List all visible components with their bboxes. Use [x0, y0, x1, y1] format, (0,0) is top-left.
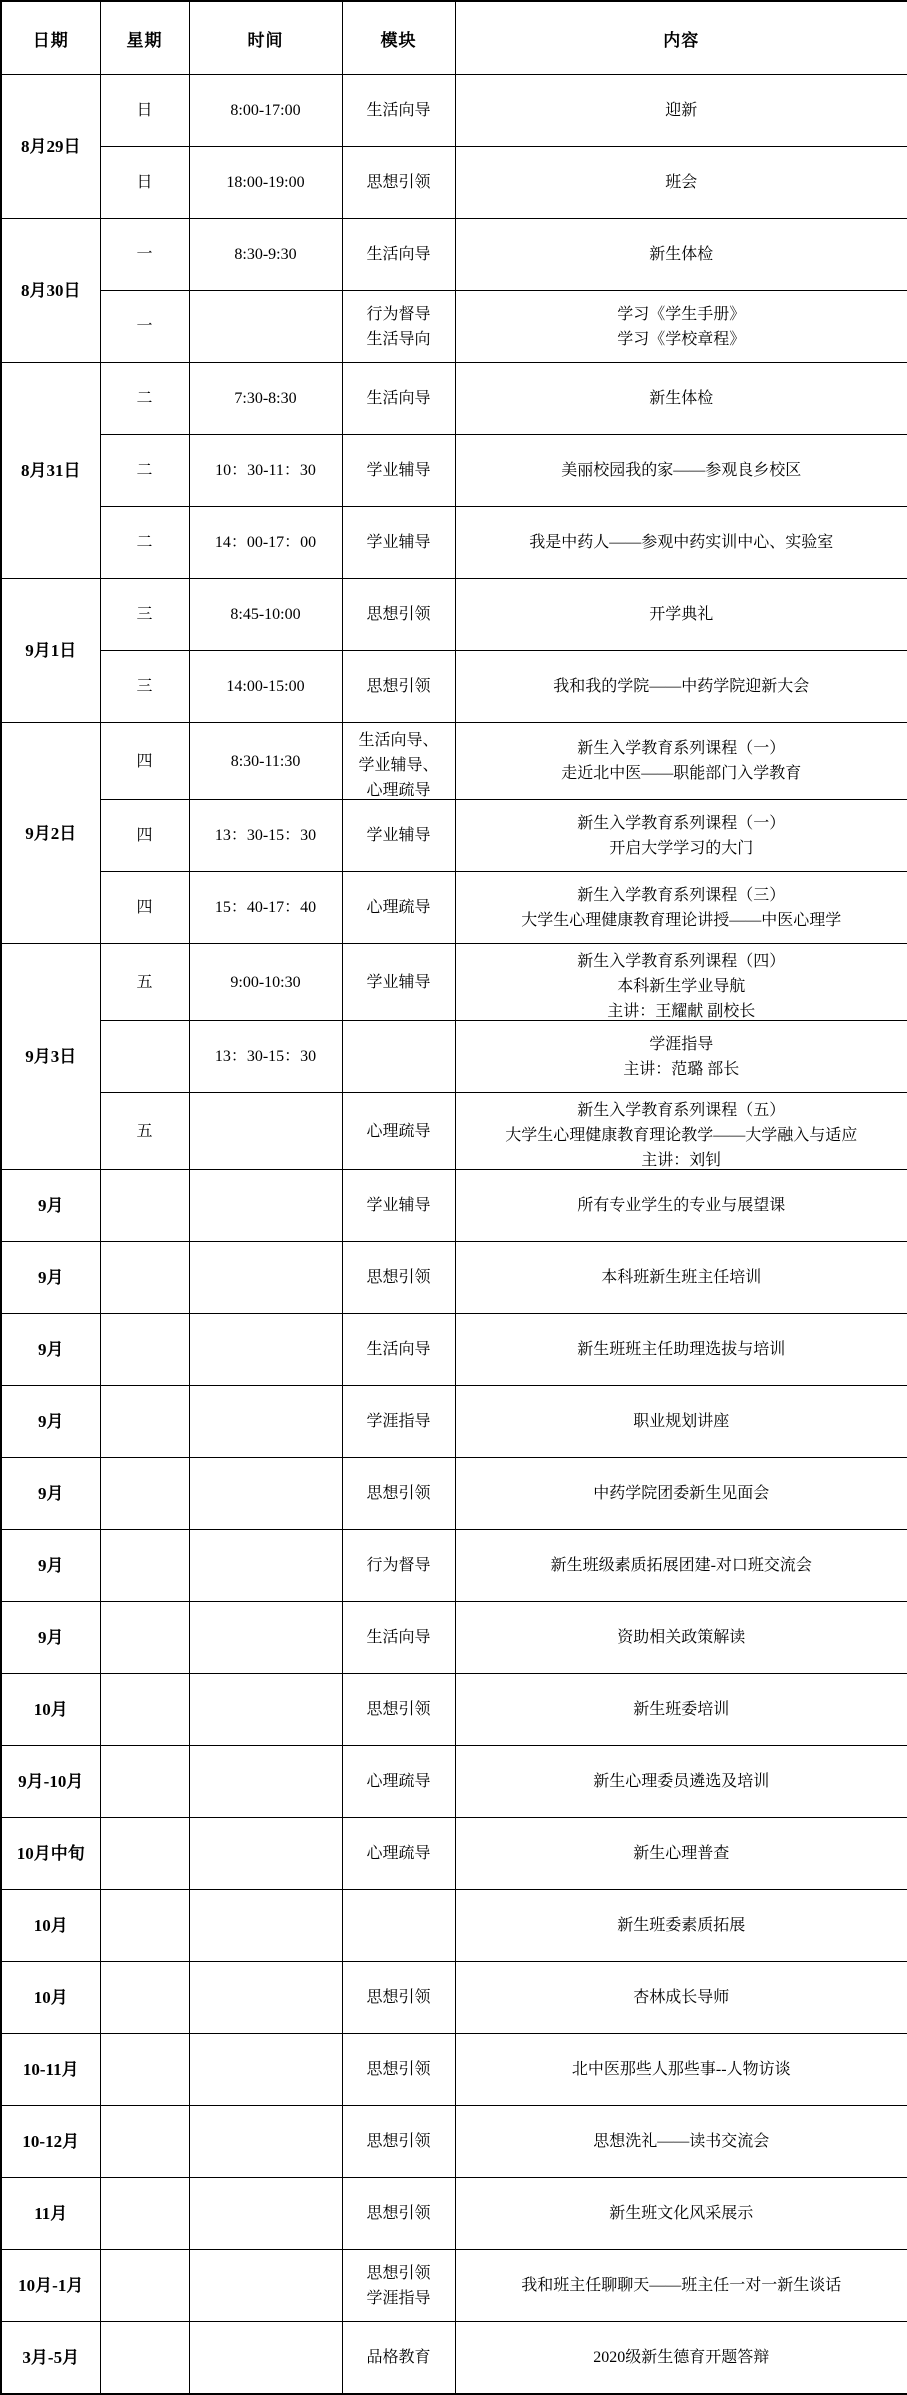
time-cell	[189, 1602, 342, 1674]
content-cell-text: 学涯指导主讲：范璐 部长	[456, 1021, 907, 1092]
content-cell-text-line: 中药学院团委新生见面会	[593, 1481, 769, 1506]
content-cell: 我是中药人——参观中药实训中心、实验室	[455, 507, 907, 579]
module-cell-text-line: 生活向导、	[358, 728, 438, 753]
module-cell: 思想引领	[342, 579, 455, 651]
content-cell-text: 我和班主任聊聊天——班主任一对一新生谈话	[456, 2250, 907, 2321]
content-cell-text-line: 本科新生学业导航	[617, 974, 745, 999]
weekday-cell-text: 一	[101, 291, 189, 362]
weekday-cell-text-line: 四	[136, 895, 152, 920]
table-row: 五心理疏导新生入学教育系列课程（五）大学生心理健康教育理论教学——大学融入与适应…	[1, 1093, 907, 1170]
module-cell-text: 学业辅导	[343, 507, 455, 578]
date-text: 8月29日	[2, 76, 100, 218]
weekday-cell	[100, 1602, 189, 1674]
time-cell-text: 8:30-9:30	[190, 219, 342, 290]
module-cell-text: 品格教育	[343, 2322, 455, 2393]
table-row: 四15：40-17：40心理疏导新生入学教育系列课程（三）大学生心理健康教育理论…	[1, 872, 907, 944]
module-cell-text-line: 思想引领	[366, 602, 430, 627]
module-cell-text-line: 生活向导	[366, 386, 430, 411]
module-cell-text: 思想引领	[343, 651, 455, 722]
content-cell-text: 中药学院团委新生见面会	[456, 1458, 907, 1529]
date-text-line: 9月2日	[25, 821, 76, 846]
module-cell: 生活向导	[342, 363, 455, 435]
date-cell: 9月	[1, 1314, 100, 1386]
module-cell-text-line: 学涯指导	[366, 1409, 430, 1434]
content-cell: 新生班委培训	[455, 1674, 907, 1746]
weekday-cell: 一	[100, 291, 189, 363]
weekday-cell-text: 五	[101, 947, 189, 1018]
date-text-line: 9月	[38, 1265, 64, 1290]
module-cell-text-line: 学业辅导	[366, 823, 430, 848]
date-text: 9月	[2, 1170, 100, 1241]
content-cell-text: 资助相关政策解读	[456, 1602, 907, 1673]
date-text-line: 10-12月	[22, 2129, 79, 2154]
date-text: 9月	[2, 1242, 100, 1313]
module-cell-text-line: 学业辅导、	[358, 753, 438, 778]
module-cell: 思想引领	[342, 651, 455, 723]
time-cell	[189, 291, 342, 363]
weekday-cell-text: 日	[101, 75, 189, 146]
weekday-cell-text: 三	[101, 579, 189, 650]
weekday-cell	[100, 1530, 189, 1602]
date-text: 10月-1月	[2, 2250, 100, 2321]
time-cell	[189, 1093, 342, 1170]
date-cell: 10月-1月	[1, 2250, 100, 2322]
date-cell: 3月-5月	[1, 2322, 100, 2395]
time-cell	[189, 2322, 342, 2395]
weekday-cell-text	[101, 2034, 189, 2105]
table-row: 10月新生班委素质拓展	[1, 1890, 907, 1962]
weekday-cell: 二	[100, 435, 189, 507]
content-cell-text: 新生班委素质拓展	[456, 1890, 907, 1961]
date-cell: 9月	[1, 1602, 100, 1674]
date-text: 8月31日	[2, 364, 100, 577]
content-cell-text-line: 新生体检	[649, 242, 713, 267]
table-row: 10-12月思想引领思想洗礼——读书交流会	[1, 2106, 907, 2178]
weekday-cell-text	[101, 1530, 189, 1601]
module-cell-text-line: 思想引领	[366, 2261, 430, 2286]
module-cell: 生活向导	[342, 75, 455, 147]
time-cell-text	[190, 2322, 342, 2393]
weekday-cell-text	[101, 1962, 189, 2033]
weekday-cell	[100, 1314, 189, 1386]
weekday-cell-text-line: 五	[136, 1119, 152, 1144]
date-cell: 8月31日	[1, 363, 100, 579]
weekday-cell	[100, 1386, 189, 1458]
time-cell: 14:00-15:00	[189, 651, 342, 723]
time-cell-text: 9:00-10:30	[190, 947, 342, 1018]
weekday-cell-text-line: 五	[136, 970, 152, 995]
time-cell	[189, 1746, 342, 1818]
content-cell: 迎新	[455, 75, 907, 147]
module-cell-text-line: 学业辅导	[366, 530, 430, 555]
content-cell-text-line: 走近北中医——职能部门入学教育	[561, 761, 801, 786]
module-cell: 思想引领	[342, 1242, 455, 1314]
time-cell	[189, 1242, 342, 1314]
header-content: 内容	[455, 1, 907, 75]
module-cell-text-line: 生活向导	[366, 1337, 430, 1362]
weekday-cell-text-line: 日	[136, 98, 152, 123]
date-text-line: 9月	[38, 1625, 64, 1650]
weekday-cell-text: 四	[101, 872, 189, 943]
content-cell: 新生入学教育系列课程（一）开启大学学习的大门	[455, 800, 907, 872]
weekday-cell	[100, 2178, 189, 2250]
date-text-line: 10月中旬	[17, 1841, 85, 1866]
weekday-cell: 四	[100, 723, 189, 800]
content-cell: 新生入学教育系列课程（五）大学生心理健康教育理论教学——大学融入与适应主讲：刘钊	[455, 1093, 907, 1170]
time-cell	[189, 2178, 342, 2250]
weekday-cell: 二	[100, 363, 189, 435]
content-cell-text: 2020级新生德育开题答辩	[456, 2322, 907, 2393]
content-cell: 2020级新生德育开题答辩	[455, 2322, 907, 2395]
module-cell: 行为督导	[342, 1530, 455, 1602]
module-cell-text-line: 心理疏导	[366, 895, 430, 920]
content-cell-text-line: 大学生心理健康教育理论讲授——中医心理学	[521, 908, 841, 933]
module-cell-text-line: 思想引领	[366, 1697, 430, 1722]
content-cell-text-line: 新生入学教育系列课程（一）	[577, 811, 785, 836]
time-cell-text-line: 8:30-9:30	[234, 242, 296, 267]
content-cell: 新生体检	[455, 363, 907, 435]
table-row: 10月中旬心理疏导新生心理普查	[1, 1818, 907, 1890]
time-cell: 8:00-17:00	[189, 75, 342, 147]
content-cell: 新生心理普查	[455, 1818, 907, 1890]
content-cell: 新生班级素质拓展团建-对口班交流会	[455, 1530, 907, 1602]
module-cell-text-line: 思想引领	[366, 1265, 430, 1290]
content-cell-text-line: 新生班委培训	[633, 1697, 729, 1722]
module-cell-text: 思想引领	[343, 579, 455, 650]
content-cell-text-line: 学习《学校章程》	[617, 327, 745, 352]
weekday-cell	[100, 1170, 189, 1242]
module-cell: 思想引领	[342, 147, 455, 219]
header-weekday: 星期	[100, 1, 189, 75]
weekday-cell	[100, 1890, 189, 1962]
table-row: 9月学业辅导所有专业学生的专业与展望课	[1, 1170, 907, 1242]
module-cell-text: 心理疏导	[343, 1818, 455, 1889]
content-cell: 开学典礼	[455, 579, 907, 651]
content-cell-text-line: 新生班文化风采展示	[609, 2201, 753, 2226]
date-text-line: 9月	[38, 1409, 64, 1434]
content-cell-text-line: 新生入学教育系列课程（五）	[577, 1098, 785, 1123]
content-cell: 新生入学教育系列课程（四）本科新生学业导航主讲：王耀献 副校长	[455, 944, 907, 1021]
table-row: 9月行为督导新生班级素质拓展团建-对口班交流会	[1, 1530, 907, 1602]
time-cell-text: 15：40-17：40	[190, 872, 342, 943]
date-text: 9月	[2, 1314, 100, 1385]
date-cell: 9月2日	[1, 723, 100, 944]
module-cell-text-line: 学业辅导	[366, 458, 430, 483]
content-cell-text-line: 杏林成长导师	[633, 1985, 729, 2010]
content-cell-text-line: 新生入学教育系列课程（四）	[577, 949, 785, 974]
content-cell-text: 美丽校园我的家——参观良乡校区	[456, 435, 907, 506]
content-cell-text: 新生入学教育系列课程（五）大学生心理健康教育理论教学——大学融入与适应主讲：刘钊	[456, 1093, 907, 1169]
date-cell: 9月1日	[1, 579, 100, 723]
module-cell: 生活向导	[342, 1602, 455, 1674]
date-text-line: 9月	[38, 1193, 64, 1218]
weekday-cell-text	[101, 1674, 189, 1745]
time-cell: 8:30-9:30	[189, 219, 342, 291]
module-cell: 生活向导	[342, 1314, 455, 1386]
schedule-body: 8月29日日8:00-17:00生活向导迎新日18:00-19:00思想引领班会…	[1, 75, 907, 2395]
module-cell-text: 思想引领	[343, 147, 455, 218]
content-cell-text: 思想洗礼——读书交流会	[456, 2106, 907, 2177]
weekday-cell-text	[101, 1021, 189, 1092]
weekday-cell-text: 四	[101, 800, 189, 871]
content-cell: 北中医那些人那些事--人物访谈	[455, 2034, 907, 2106]
module-cell-text: 思想引领	[343, 1674, 455, 1745]
content-cell-text-line: 所有专业学生的专业与展望课	[577, 1193, 785, 1218]
module-cell: 思想引领学涯指导	[342, 2250, 455, 2322]
time-cell-text	[190, 2106, 342, 2177]
weekday-cell: 二	[100, 507, 189, 579]
date-cell: 9月	[1, 1242, 100, 1314]
time-cell	[189, 2250, 342, 2322]
content-cell-text-line: 学涯指导	[649, 1032, 713, 1057]
table-row: 二14：00-17：00学业辅导我是中药人——参观中药实训中心、实验室	[1, 507, 907, 579]
module-cell: 思想引领	[342, 2178, 455, 2250]
weekday-cell-text-line: 日	[136, 170, 152, 195]
date-text-line: 9月3日	[25, 1044, 76, 1069]
weekday-cell-text	[101, 1890, 189, 1961]
module-cell: 学业辅导	[342, 800, 455, 872]
weekday-cell	[100, 1962, 189, 2034]
module-cell-text: 生活向导	[343, 1602, 455, 1673]
time-cell: 8:30-11:30	[189, 723, 342, 800]
date-text: 10月	[2, 1890, 100, 1961]
table-row: 9月1日三8:45-10:00思想引领开学典礼	[1, 579, 907, 651]
time-cell-text	[190, 1458, 342, 1529]
module-cell: 心理疏导	[342, 1746, 455, 1818]
content-cell-text: 新生心理普查	[456, 1818, 907, 1889]
date-cell: 10-11月	[1, 2034, 100, 2106]
content-cell-text: 新生班班主任助理选拔与培训	[456, 1314, 907, 1385]
time-cell-text: 8:45-10:00	[190, 579, 342, 650]
module-cell: 思想引领	[342, 1458, 455, 1530]
time-cell	[189, 1458, 342, 1530]
date-cell: 10月	[1, 1674, 100, 1746]
weekday-cell: 日	[100, 75, 189, 147]
date-text: 9月	[2, 1458, 100, 1529]
date-text: 9月	[2, 1602, 100, 1673]
table-row: 8月30日一8:30-9:30生活向导新生体检	[1, 219, 907, 291]
weekday-cell	[100, 2106, 189, 2178]
time-cell: 13：30-15：30	[189, 800, 342, 872]
time-cell-text: 13：30-15：30	[190, 1021, 342, 1092]
time-cell-text-line: 18:00-19:00	[226, 170, 304, 195]
module-cell-text: 生活向导	[343, 1314, 455, 1385]
content-cell-text: 开学典礼	[456, 579, 907, 650]
date-cell: 10月	[1, 1890, 100, 1962]
content-cell-text-line: 职业规划讲座	[633, 1409, 729, 1434]
module-cell	[342, 1890, 455, 1962]
time-cell-text-line: 10：30-11：30	[215, 458, 316, 483]
weekday-cell: 三	[100, 651, 189, 723]
content-cell-text: 本科班新生班主任培训	[456, 1242, 907, 1313]
module-cell-text: 思想引领	[343, 2178, 455, 2249]
time-cell-text-line: 8:30-11:30	[231, 749, 301, 774]
table-row: 13：30-15：30学涯指导主讲：范璐 部长	[1, 1021, 907, 1093]
content-cell-text-line: 美丽校园我的家——参观良乡校区	[561, 458, 801, 483]
module-cell-text: 思想引领学涯指导	[343, 2250, 455, 2321]
weekday-cell: 五	[100, 944, 189, 1021]
module-cell-text-line: 生活向导	[366, 1625, 430, 1650]
weekday-cell	[100, 1242, 189, 1314]
time-cell-text: 18:00-19:00	[190, 147, 342, 218]
content-cell-text: 新生心理委员遴选及培训	[456, 1746, 907, 1817]
time-cell: 7:30-8:30	[189, 363, 342, 435]
weekday-cell	[100, 2034, 189, 2106]
content-cell-text-line: 新生班班主任助理选拔与培训	[577, 1337, 785, 1362]
table-row: 二10：30-11：30学业辅导美丽校园我的家——参观良乡校区	[1, 435, 907, 507]
time-cell-text-line: 8:00-17:00	[230, 98, 300, 123]
content-cell: 班会	[455, 147, 907, 219]
content-cell: 思想洗礼——读书交流会	[455, 2106, 907, 2178]
module-cell-text-line: 心理疏导	[366, 1119, 430, 1144]
time-cell-text	[190, 1890, 342, 1961]
time-cell-text-line: 8:45-10:00	[230, 602, 300, 627]
module-cell-text-line: 心理疏导	[366, 1841, 430, 1866]
content-cell-text-line: 迎新	[665, 98, 697, 123]
date-text-line: 10月	[34, 1697, 68, 1722]
module-cell-text: 学业辅导	[343, 800, 455, 871]
content-cell-text-line: 新生心理普查	[633, 1841, 729, 1866]
content-cell-text-line: 北中医那些人那些事--人物访谈	[572, 2057, 791, 2082]
time-cell	[189, 1314, 342, 1386]
module-cell-text: 思想引领	[343, 2106, 455, 2177]
date-text: 11月	[2, 2178, 100, 2249]
date-text-line: 9月1日	[25, 638, 76, 663]
weekday-cell-text: 四	[101, 726, 189, 797]
content-cell-text: 新生班级素质拓展团建-对口班交流会	[456, 1530, 907, 1601]
content-cell: 新生心理委员遴选及培训	[455, 1746, 907, 1818]
date-cell: 8月30日	[1, 219, 100, 363]
weekday-cell: 四	[100, 800, 189, 872]
module-cell: 学业辅导	[342, 435, 455, 507]
content-cell-text: 迎新	[456, 75, 907, 146]
time-cell: 14：00-17：00	[189, 507, 342, 579]
module-cell-text-line: 思想引领	[366, 170, 430, 195]
date-text-line: 10-11月	[23, 2057, 79, 2082]
time-cell-text	[190, 1314, 342, 1385]
time-cell: 18:00-19:00	[189, 147, 342, 219]
module-cell: 生活向导、学业辅导、心理疏导	[342, 723, 455, 800]
weekday-cell-text-line: 三	[136, 602, 152, 627]
content-cell-text-line: 新生入学教育系列课程（三）	[577, 883, 785, 908]
content-cell: 中药学院团委新生见面会	[455, 1458, 907, 1530]
module-cell-text-line: 心理疏导	[366, 778, 430, 799]
weekday-cell-text: 二	[101, 363, 189, 434]
date-text-line: 8月29日	[21, 134, 81, 159]
header-date: 日期	[1, 1, 100, 75]
table-row: 9月思想引领本科班新生班主任培训	[1, 1242, 907, 1314]
module-cell: 思想引领	[342, 1962, 455, 2034]
module-cell-text-line: 思想引领	[366, 2129, 430, 2154]
time-cell-text: 7:30-8:30	[190, 363, 342, 434]
content-cell-text: 北中医那些人那些事--人物访谈	[456, 2034, 907, 2105]
module-cell-text: 生活向导、学业辅导、心理疏导	[343, 723, 455, 799]
module-cell: 心理疏导	[342, 1818, 455, 1890]
weekday-cell-text	[101, 1314, 189, 1385]
content-cell-text: 我是中药人——参观中药实训中心、实验室	[456, 507, 907, 578]
content-cell: 资助相关政策解读	[455, 1602, 907, 1674]
date-cell: 9月	[1, 1530, 100, 1602]
time-cell-text	[190, 291, 342, 362]
date-cell: 11月	[1, 2178, 100, 2250]
module-cell-text-line: 思想引领	[366, 1481, 430, 1506]
weekday-cell-text: 一	[101, 219, 189, 290]
weekday-cell	[100, 1818, 189, 1890]
table-row: 8月31日二7:30-8:30生活向导新生体检	[1, 363, 907, 435]
module-cell: 行为督导生活导向	[342, 291, 455, 363]
time-cell	[189, 1962, 342, 2034]
weekday-cell-text	[101, 1746, 189, 1817]
time-cell-text	[190, 1096, 342, 1167]
module-cell-text-line: 学涯指导	[366, 2286, 430, 2311]
weekday-cell-text-line: 四	[136, 823, 152, 848]
time-cell	[189, 1170, 342, 1242]
content-cell-text: 杏林成长导师	[456, 1962, 907, 2033]
weekday-cell-text-line: 二	[136, 386, 152, 411]
date-cell: 9月3日	[1, 944, 100, 1170]
schedule-page: 日期 星期 时间 模块 内容 8月29日日8:00-17:00生活向导迎新日18…	[0, 0, 907, 2395]
content-cell: 本科班新生班主任培训	[455, 1242, 907, 1314]
content-cell: 新生入学教育系列课程（一）走近北中医——职能部门入学教育	[455, 723, 907, 800]
content-cell: 所有专业学生的专业与展望课	[455, 1170, 907, 1242]
time-cell-text	[190, 2034, 342, 2105]
table-row: 3月-5月品格教育2020级新生德育开题答辩	[1, 2322, 907, 2395]
date-text-line: 10月-1月	[18, 2273, 83, 2298]
date-text: 10月中旬	[2, 1818, 100, 1889]
date-text-line: 8月31日	[21, 458, 81, 483]
table-row: 10月思想引领杏林成长导师	[1, 1962, 907, 2034]
module-cell: 学涯指导	[342, 1386, 455, 1458]
time-cell-text-line: 15：40-17：40	[215, 895, 316, 920]
module-cell-text: 心理疏导	[343, 1096, 455, 1167]
content-cell-text-line: 新生班委素质拓展	[617, 1913, 745, 1938]
time-cell-text-line: 13：30-15：30	[215, 823, 316, 848]
module-cell-text: 思想引领	[343, 1242, 455, 1313]
date-text-line: 10月	[34, 1985, 68, 2010]
date-text: 9月1日	[2, 580, 100, 722]
weekday-cell	[100, 1746, 189, 1818]
module-cell-text: 生活向导	[343, 75, 455, 146]
module-cell-text: 思想引领	[343, 2034, 455, 2105]
date-text: 10月	[2, 1674, 100, 1745]
table-row: 9月2日四8:30-11:30生活向导、学业辅导、心理疏导新生入学教育系列课程（…	[1, 723, 907, 800]
time-cell: 10：30-11：30	[189, 435, 342, 507]
content-cell-text-line: 新生体检	[649, 386, 713, 411]
weekday-cell: 五	[100, 1093, 189, 1170]
content-cell: 学习《学生手册》学习《学校章程》	[455, 291, 907, 363]
date-text: 9月	[2, 1386, 100, 1457]
date-text: 9月	[2, 1530, 100, 1601]
content-cell: 新生班文化风采展示	[455, 2178, 907, 2250]
weekday-cell-text-line: 四	[136, 749, 152, 774]
weekday-cell: 一	[100, 219, 189, 291]
table-row: 一行为督导生活导向学习《学生手册》学习《学校章程》	[1, 291, 907, 363]
content-cell-text: 新生体检	[456, 363, 907, 434]
time-cell	[189, 1890, 342, 1962]
module-cell-text-line: 学业辅导	[366, 970, 430, 995]
weekday-cell: 三	[100, 579, 189, 651]
module-cell-text-line: 行为督导	[366, 302, 430, 327]
date-text-line: 11月	[34, 2201, 67, 2226]
date-text-line: 9月	[38, 1553, 64, 1578]
content-cell-text-line: 思想洗礼——读书交流会	[593, 2129, 769, 2154]
time-cell-text	[190, 1386, 342, 1457]
table-row: 四13：30-15：30学业辅导新生入学教育系列课程（一）开启大学学习的大门	[1, 800, 907, 872]
content-cell-text: 我和我的学院——中药学院迎新大会	[456, 651, 907, 722]
time-cell-text: 8:30-11:30	[190, 726, 342, 797]
table-row: 9月-10月心理疏导新生心理委员遴选及培训	[1, 1746, 907, 1818]
table-row: 9月3日五9:00-10:30学业辅导新生入学教育系列课程（四）本科新生学业导航…	[1, 944, 907, 1021]
